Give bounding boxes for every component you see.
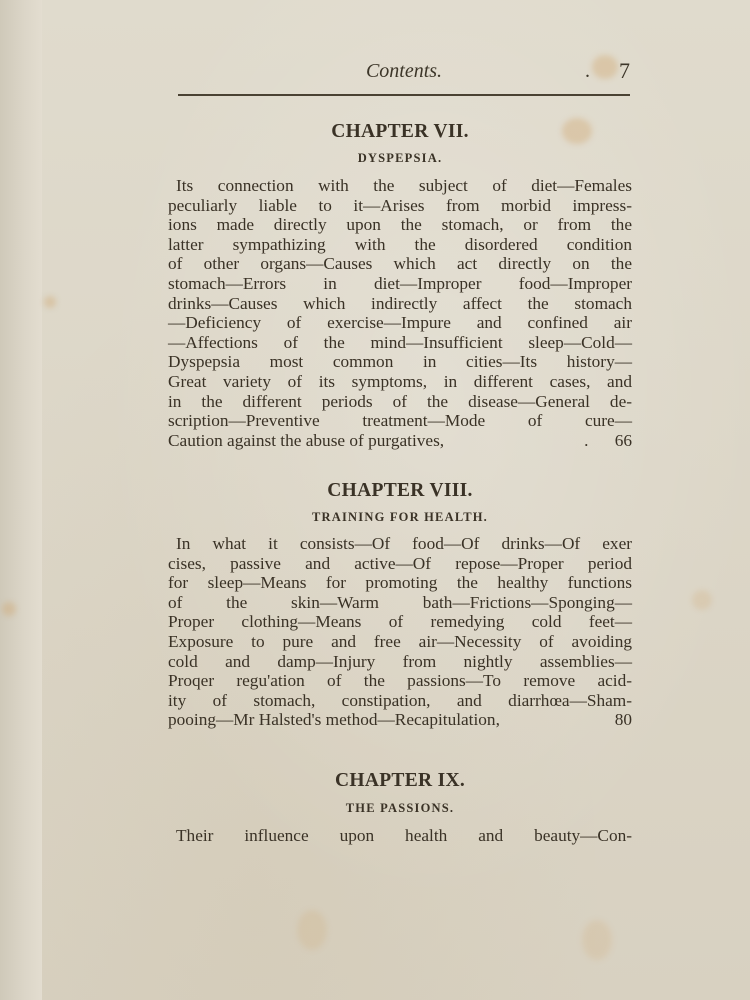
summary-line: of other organs—Causes which act directl… [168, 254, 632, 274]
summary-last-line: pooing—Mr Halsted's method—Recapitulatio… [168, 710, 632, 730]
page-number: 7 [619, 58, 630, 84]
running-head-rule [178, 94, 630, 96]
running-head: Contents. . 7 [178, 58, 630, 86]
chapter-section-vii: CHAPTER VII. DYSPEPSIA. Its connection w… [168, 121, 632, 450]
chapter-title: CHAPTER IX. [168, 770, 632, 792]
summary-line: Great variety of its symptoms, in differ… [168, 372, 632, 392]
summary-line: scription—Preventive treatment—Mode of c… [168, 411, 632, 431]
summary-line: Exposure to pure and free air—Necessity … [168, 632, 632, 652]
summary-line: for sleep—Means for promoting the health… [168, 573, 632, 593]
foxing-stain [582, 920, 612, 960]
chapter-summary: In what it consists—Of food—Of drinks—Of… [168, 534, 632, 730]
summary-line: Their influence upon health and beauty—C… [168, 826, 632, 846]
chapter-subtitle: THE PASSIONS. [168, 801, 632, 816]
foxing-stain [692, 590, 712, 610]
summary-line: Caution against the abuse of purgatives, [168, 431, 444, 451]
summary-line: stomach—Errors in diet—Improper food—Imp… [168, 274, 632, 294]
summary-line: latter sympathizing with the disordered … [168, 235, 632, 255]
summary-line: In what it consists—Of food—Of drinks—Of… [168, 534, 632, 554]
chapter-section-ix: CHAPTER IX. THE PASSIONS. Their influenc… [168, 770, 632, 846]
summary-line: Its connection with the subject of diet—… [168, 176, 632, 196]
summary-line: ions made directly upon the stomach, or … [168, 215, 632, 235]
page-reference: 80 [615, 710, 632, 730]
summary-line: pooing—Mr Halsted's method—Recapitulatio… [168, 710, 500, 730]
foxing-stain [2, 602, 16, 616]
chapter-summary: Their influence upon health and beauty—C… [168, 826, 632, 846]
summary-line: Dyspepsia most common in cities—Its hist… [168, 352, 632, 372]
left-page-edge [0, 0, 43, 1000]
running-head-dot: . [585, 60, 590, 83]
summary-line: cold and damp—Injury from nightly assemb… [168, 652, 632, 672]
summary-line: —Deficiency of exercise—Impure and confi… [168, 313, 632, 333]
summary-line: ity of stomach, constipation, and diarrh… [168, 691, 632, 711]
chapter-summary: Its connection with the subject of diet—… [168, 176, 632, 450]
chapter-title: CHAPTER VIII. [168, 480, 632, 502]
page-reference: 66 [615, 431, 632, 450]
summary-line: in the different periods of the disease—… [168, 392, 632, 412]
summary-last-line: Caution against the abuse of purgatives,… [168, 431, 632, 451]
summary-line: of the skin—Warm bath—Frictions—Sponging… [168, 593, 632, 613]
summary-line: peculiarly liable to it—Arises from morb… [168, 196, 632, 216]
running-title: Contents. [178, 60, 630, 83]
chapter-section-viii: CHAPTER VIII. TRAINING FOR HEALTH. In wh… [168, 480, 632, 730]
summary-line: drinks—Causes which indirectly affect th… [168, 294, 632, 314]
summary-line: cises, passive and active—Of repose—Prop… [168, 554, 632, 574]
foxing-stain [44, 296, 56, 308]
summary-line: —Affections of the mind—Insufficient sle… [168, 333, 632, 353]
chapter-subtitle: DYSPEPSIA. [168, 151, 632, 166]
foxing-stain [297, 910, 327, 950]
chapter-subtitle: TRAINING FOR HEALTH. [168, 510, 632, 525]
summary-line: Proqer regu'ation of the passions—To rem… [168, 671, 632, 691]
page-ref-leader-dot: . [584, 431, 588, 450]
summary-line: Proper clothing—Means of remedying cold … [168, 612, 632, 632]
chapter-title: CHAPTER VII. [168, 121, 632, 143]
